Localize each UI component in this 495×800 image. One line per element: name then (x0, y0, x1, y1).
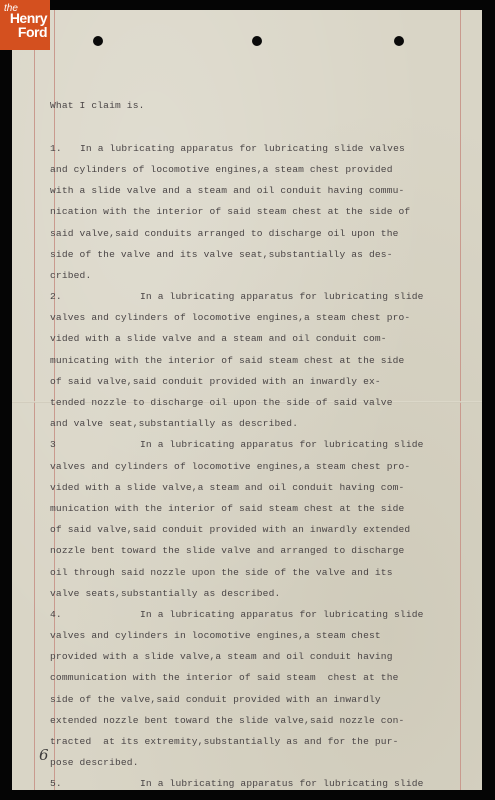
line-text: said valve,said conduits arranged to dis… (50, 228, 399, 239)
line-text: pose described. (50, 757, 139, 768)
claim-start-line: 4.In a lubricating apparatus for lubrica… (50, 604, 450, 625)
line-text: munication with the interior of said ste… (50, 503, 404, 514)
claim-text-line: oil through said nozzle upon the side of… (50, 562, 450, 583)
line-text: In a lubricating apparatus for lubricati… (140, 291, 424, 302)
claim-text-line: side of the valve and its valve seat,sub… (50, 244, 450, 265)
claim-start-line: 5.In a lubricating apparatus for lubrica… (50, 773, 450, 794)
claims-heading: What I claim is. (50, 95, 450, 116)
claim-number: 2. (50, 286, 80, 307)
claim-text-line: of said valve,said conduit provided with… (50, 519, 450, 540)
claim-number: 5. (50, 773, 80, 794)
claim-start-line: 2.In a lubricating apparatus for lubrica… (50, 286, 450, 307)
line-text: oil through said nozzle upon the side of… (50, 567, 393, 578)
claim-text-line: tracted at its extremity,substantially a… (50, 731, 450, 752)
line-text: cribed. (50, 270, 91, 281)
patent-claims-text: What I claim is. 1.In a lubricating appa… (50, 53, 450, 795)
line-text: In a lubricating apparatus for lubricati… (140, 778, 424, 789)
logo-ford: Ford (18, 24, 47, 40)
line-text: vided with a slide valve,a steam and oil… (50, 482, 404, 493)
punch-hole-1 (93, 36, 103, 46)
henry-ford-logo: the Henry Ford (0, 0, 50, 50)
line-text: nozzle bent toward the slide valve and a… (50, 545, 404, 556)
line-text: tracted at its extremity,substantially a… (50, 736, 399, 747)
claim-text-line: of said valve,said conduit provided with… (50, 371, 450, 392)
claim-number: 4. (50, 604, 80, 625)
claim-text-line: communication with the interior of said … (50, 667, 450, 688)
punch-hole-2 (252, 36, 262, 46)
claim-text-line: and cylinders of locomotive engines,a st… (50, 159, 450, 180)
line-text: side of the valve and its valve seat,sub… (50, 249, 393, 260)
claim-text-line: valves and cylinders of locomotive engin… (50, 307, 450, 328)
line-text: side of the valve,said conduit provided … (50, 694, 381, 705)
line-text: valves and cylinders of locomotive engin… (50, 312, 410, 323)
line-text: extended nozzle bent toward the slide va… (50, 715, 404, 726)
claim-text-line: vided with a slide valve,a steam and oil… (50, 477, 450, 498)
line-text: communication with the interior of said … (50, 672, 399, 683)
handwritten-page-number: 6 (39, 746, 49, 764)
line-text: In a lubricating apparatus for lubricati… (140, 439, 424, 450)
line-text: valves and cylinders of locomotive engin… (50, 461, 410, 472)
line-text: valve seats,substantially as described. (50, 588, 280, 599)
line-text: and valve seat,substantially as describe… (50, 418, 298, 429)
right-margin-line (460, 10, 461, 790)
line-text: In a lubricating apparatus for lubricati… (80, 143, 405, 154)
claim-text-line: nozzle bent toward the slide valve and a… (50, 540, 450, 561)
claim-number: 1. (50, 138, 80, 159)
claim-text-line: said valve,said conduits arranged to dis… (50, 223, 450, 244)
claim-text-line: side of the valve,said conduit provided … (50, 689, 450, 710)
claim-text-line: cribed. (50, 265, 450, 286)
line-text: with a slide valve and a steam and oil c… (50, 185, 404, 196)
claim-text-line: valve seats,substantially as described. (50, 583, 450, 604)
claim-text-line: pose described. (50, 752, 450, 773)
claim-text-line: valves and cylinders of locomotive engin… (50, 456, 450, 477)
claim-text-line: and valve seat,substantially as describe… (50, 413, 450, 434)
claim-text-line: extended nozzle bent toward the slide va… (50, 710, 450, 731)
line-text: nication with the interior of said steam… (50, 206, 410, 217)
line-text: and cylinders of locomotive engines,a st… (50, 164, 393, 175)
line-text: vided with a slide valve and a steam and… (50, 333, 387, 344)
line-text: municating with the interior of said ste… (50, 355, 404, 366)
claim-text-line: provided with a slide valve,a steam and … (50, 646, 450, 667)
claim-start-line: 1.In a lubricating apparatus for lubrica… (50, 138, 450, 159)
claim-number: 3 (50, 434, 80, 455)
left-margin-line-outer (34, 10, 35, 790)
claim-text-line: munication with the interior of said ste… (50, 498, 450, 519)
line-text: provided with a slide valve,a steam and … (50, 651, 393, 662)
line-text: valves and cylinders in locomotive engin… (50, 630, 381, 641)
claim-text-line: valves and cylinders in locomotive engin… (50, 625, 450, 646)
claim-text-line: tended nozzle to discharge oil upon the … (50, 392, 450, 413)
punch-hole-3 (394, 36, 404, 46)
line-text: In a lubricating apparatus for lubricati… (140, 609, 424, 620)
claim-text-line: nication with the interior of said steam… (50, 201, 450, 222)
line-text: of said valve,said conduit provided with… (50, 376, 381, 387)
claim-start-line: 3In a lubricating apparatus for lubricat… (50, 434, 450, 455)
claim-text-line: with a slide valve and a steam and oil c… (50, 180, 450, 201)
claim-text-line: municating with the interior of said ste… (50, 350, 450, 371)
claim-text-line: vided with a slide valve and a steam and… (50, 328, 450, 349)
line-text: tended nozzle to discharge oil upon the … (50, 397, 393, 408)
line-text: of said valve,said conduit provided with… (50, 524, 410, 535)
